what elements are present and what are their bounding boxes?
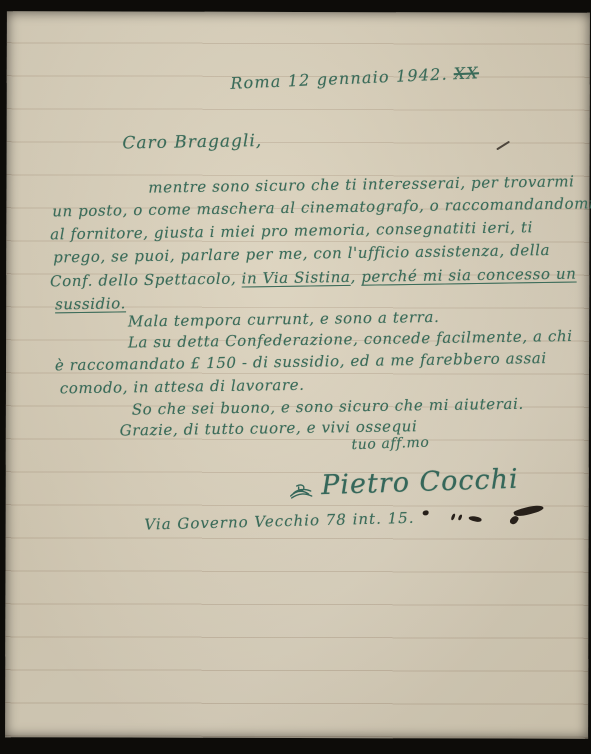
ink-smudge [451,513,456,521]
closing-valediction: tuo aff.mo [351,435,429,454]
date-line: Roma 12 gennaio 1942.XX [230,63,479,93]
ink-smudge [423,510,429,515]
ink-smudge [509,514,520,525]
body-segment: , [350,268,361,286]
body-line: è raccomandato £ 150 - di sussidio, ed a… [55,349,547,374]
signature: Pietro Cocchi [321,464,519,501]
body-line: So che sei buono, e sono sicuro che mi a… [132,395,524,419]
underlined-request-segment: perché mi sia concesso un [361,265,576,286]
body-line: Mala tempora currunt, e sono a terra. [128,308,440,331]
salutation: Caro Bragagli, [122,131,262,154]
sender-address: Via Governo Vecchio 78 int. 15. [144,509,415,534]
letter-paper: Roma 12 gennaio 1942.XX Caro Bragagli, m… [5,11,590,739]
body-line: un posto, o come maschera al cinematogra… [52,194,591,220]
body-line: prego, se puoi, parlare per me, con l'uf… [53,241,550,266]
underlined-address-segment: in Via Sistina [241,268,350,288]
ink-smudge [468,516,482,523]
crossed-out-scribble-icon [289,482,323,502]
body-line-underlined: sussidio. [55,294,126,313]
body-line: mentre sono sicuro che ti interesserai, … [148,172,574,196]
place-and-date: Roma 12 gennaio 1942. [230,65,448,93]
body-line: comodo, in attesa di lavorare. [60,376,305,398]
stray-ink-slash [496,141,510,151]
body-line: Conf. dello Spettacolo, in Via Sistina, … [50,265,577,291]
body-line: al fornitore, giusta i miei pro memoria,… [50,218,533,243]
ink-smudge [458,514,463,521]
body-segment: Conf. dello Spettacolo, [50,270,242,291]
fascist-era-year: XX [453,63,479,83]
body-line: La su detta Confederazione, concede faci… [128,327,573,352]
